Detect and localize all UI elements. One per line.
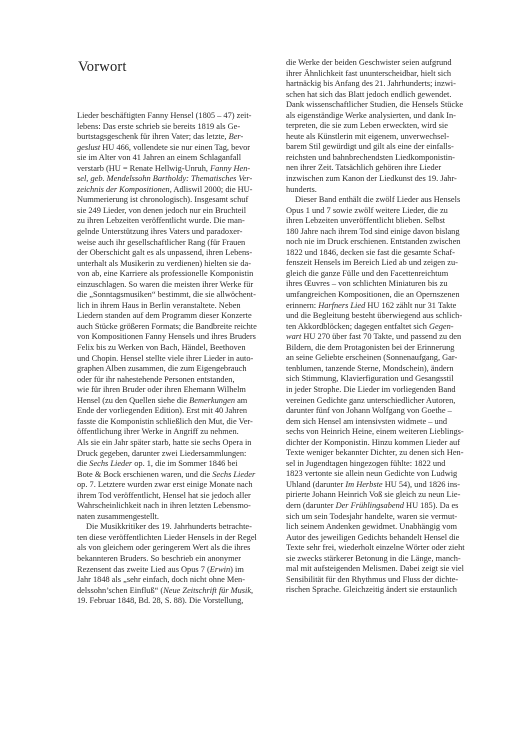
text-line: Jahr 1848 als „sehr einfach, doch nicht … <box>77 575 264 586</box>
text-line: unterhalt als Musikerin zu verdienen) hi… <box>77 259 264 270</box>
text-line: als eigenständige Werke analysierten, un… <box>286 111 473 122</box>
text-line: Uhland (darunter Im Herbste HU 54), und … <box>286 480 473 491</box>
text-line: dichter der Komponistin. Hinzu kommen Li… <box>286 438 473 449</box>
text-line: schen hat sich das Blatt jedoch endlich … <box>286 90 473 101</box>
text-line: naten zusammengestellt. <box>77 512 264 523</box>
text-line: lich in ihrem Haus in Berlin veranstalte… <box>77 301 264 312</box>
text-line: noch nie im Druck erschienen. Entstanden… <box>286 237 473 248</box>
text-line: erinnern: Harfners Lied HU 162 zählt nur… <box>286 301 473 312</box>
text-line: zu ihren Lebzeiten veröffentlicht wurde.… <box>77 216 264 227</box>
text-line: Lieder beschäftigten Fanny Hensel (1805 … <box>77 111 264 122</box>
text-line: an seine Geliebte erscheinen (Sonnenaufg… <box>286 353 473 364</box>
text-line: graphen Alben zusammen, die zum Eigengeb… <box>77 364 264 375</box>
text-line: die Werke der beiden Geschwister seien a… <box>286 58 473 69</box>
text-line: Bote & Bock erschienen waren, und die Se… <box>77 470 264 481</box>
text-line: ihres Œuvres – von schlichten Miniaturen… <box>286 279 473 290</box>
text-line: 180 Jahre nach ihrem Tod sind einige dav… <box>286 227 473 238</box>
text-line: sich um sein Todesjahr handelte, waren s… <box>286 512 473 523</box>
text-line: von Kompositionen Fanny Hensels und ihre… <box>77 332 264 343</box>
page-title: Vorwort <box>78 59 127 76</box>
text-line: als von gleichem oder geringerem Wert al… <box>77 543 264 554</box>
text-line: 1822 und 1846, decken sie fast die gesam… <box>286 248 473 259</box>
text-line: nen ihrer Zeit. Tatsächlich gehören ihre… <box>286 163 473 174</box>
text-line: lich seinem Andenken gewidmet. Unabhängi… <box>286 522 473 533</box>
text-line: Wahrscheinlichkeit nach in ihren letzten… <box>77 501 264 512</box>
text-line: Als sie ein Jahr später starb, hatte sie… <box>77 438 264 449</box>
text-line: hunderts. <box>286 185 473 196</box>
text-line: und Chopin. Hensel stellte viele ihrer L… <box>77 354 264 365</box>
text-line: der Oberschicht galt es als unpassend, i… <box>77 248 264 259</box>
text-line: pirierte Johann Heinrich Voß sie gleich … <box>286 490 473 501</box>
text-line: sie im Alter von 41 Jahren an einem Schl… <box>77 153 264 164</box>
text-line: wie für ihren Bruder oder ihren Ehemann … <box>77 385 264 396</box>
text-line: einzuschlagen. So waren die meisten ihre… <box>77 280 264 291</box>
text-line: ten diese veröffentlichten Lieder Hensel… <box>77 533 264 544</box>
text-line: fasste die Komponistin schließlich den M… <box>77 417 264 428</box>
text-line: terpreten, die sie zum Leben erweckten, … <box>286 121 473 132</box>
text-line: sel, geb. Mendelssohn Bartholdy: Themati… <box>77 174 264 185</box>
text-line: dem sich Hensel am intensivsten widmete … <box>286 417 473 428</box>
text-line: Bildern, die dem Protagonisten bei der E… <box>286 343 473 354</box>
text-line: wart HU 270 über fast 70 Takte, und pass… <box>286 332 473 343</box>
text-line: darunter fünf von Johann Wolfgang von Go… <box>286 406 473 417</box>
text-line: inzwischen zum Kanon der Liedkunst des 1… <box>286 174 473 185</box>
text-line: Druck gegeben, darunter zwei Liedersamml… <box>77 449 264 460</box>
text-line: Dank wissenschaftlicher Studien, die Hen… <box>286 100 473 111</box>
text-line: sich Stimmung, Klavierfiguration und Ges… <box>286 374 473 385</box>
text-line: ihrem Tod veröffentlicht, Hensel hat sie… <box>77 491 264 502</box>
text-line: öffentlichung ihrer Werke in Angriff zu … <box>77 427 264 438</box>
text-line: Rezensent das zweite Lied aus Opus 7 (Er… <box>77 565 264 576</box>
text-line: die Sechs Lieder op. 1, die im Sommer 18… <box>77 459 264 470</box>
text-line: Texte weniger bekannter Dichter, zu dene… <box>286 448 473 459</box>
text-line: Texte sehr frei, wiederholt einzelne Wör… <box>286 543 473 554</box>
text-line: delssohn’schen Einfluß“ (Neue Zeitschrif… <box>77 586 264 597</box>
text-line: burtstagsgeschenk für ihren Vater; das l… <box>77 132 264 143</box>
text-line: Nummerierung ist chronologisch). Insgesa… <box>77 195 264 206</box>
text-line: sel in Jugendtagen hingezogen fühlte: 18… <box>286 459 473 470</box>
text-line: Ende der vorliegenden Edition). Erst mit… <box>77 406 264 417</box>
text-line: op. 7. Letztere wurden zwar erst einige … <box>77 480 264 491</box>
text-line: geslust HU 466, vollendete sie nur einen… <box>77 143 264 154</box>
text-line: reichsten und bahnbrechendsten Liedkompo… <box>286 153 473 164</box>
text-line: 19. Februar 1848, Bd. 28, S. 88). Die Vo… <box>77 596 264 607</box>
right-text-column: die Werke der beiden Geschwister seien a… <box>286 58 473 596</box>
text-line: Liedern standen auf dem Programm dieser … <box>77 311 264 322</box>
text-line: gelnde Unterstützung ihres Vaters und pa… <box>77 227 264 238</box>
text-line: gleich die ganze Fülle und den Facettenr… <box>286 269 473 280</box>
text-line: in jeder Strophe. Die Lieder im vorliege… <box>286 385 473 396</box>
text-line: lebens: Das erste schrieb sie bereits 18… <box>77 122 264 133</box>
text-line: sie 249 Lieder, von denen jedoch nur ein… <box>77 206 264 217</box>
text-line: oder für ihr nahestehende Personen entst… <box>77 375 264 386</box>
text-line: Die Musikkritiker des 19. Jahrhunderts b… <box>77 522 264 533</box>
text-line: ihren Lebzeiten unveröffentlicht blieben… <box>286 216 473 227</box>
text-line: hartnäckig bis Anfang des 21. Jahrhunder… <box>286 79 473 90</box>
text-line: Opus 1 und 7 sowie zwölf weitere Lieder,… <box>286 206 473 217</box>
text-line: rischen Sprache. Gleichzeitig ändert sie… <box>286 585 473 596</box>
text-line: Dieser Band enthält die zwölf Lieder aus… <box>286 195 473 206</box>
text-line: auch Stücke größeren Formats; die Bandbr… <box>77 322 264 333</box>
text-line: bekannteren Bruders. So beschrieb ein an… <box>77 554 264 565</box>
text-line: Hensel (zu den Quellen siehe die Bemerku… <box>77 396 264 407</box>
text-line: und die Begleitung besteht überwiegend a… <box>286 311 473 322</box>
text-line: Sensibilität für den Rhythmus und Fluss … <box>286 575 473 586</box>
text-line: weise auch ihr gesellschaftlicher Rang (… <box>77 238 264 249</box>
text-line: fenszeit Hensels im Bereich Lied ab und … <box>286 258 473 269</box>
text-line: umfangreichen Kompositionen, die an Oper… <box>286 290 473 301</box>
text-line: heute als Künstlerin mit eigenem, unverw… <box>286 132 473 143</box>
text-line: zeichnis der Kompositionen, Adliswil 200… <box>77 185 264 196</box>
text-line: vereinen Gedichte ganz unterschiedlicher… <box>286 396 473 407</box>
text-line: ten Akkordblöcken; dagegen entfaltet sic… <box>286 322 473 333</box>
text-line: Felix bis zu Werken von Bach, Händel, Be… <box>77 343 264 354</box>
text-line: von ab, eine Karriere als professionelle… <box>77 269 264 280</box>
text-line: mal mit aufsteigenden Melismen. Dabei ze… <box>286 564 473 575</box>
text-line: 1823 vertonte sie allein neun Gedichte v… <box>286 469 473 480</box>
text-line: verstarb (HU = Renate Hellwig-Unruh, Fan… <box>77 164 264 175</box>
text-line: barem Stil gewürdigt und gilt als eine d… <box>286 142 473 153</box>
text-line: sie zwecks stärkerer Betonung in die Län… <box>286 554 473 565</box>
text-line: die „Sonntagsmusiken“ bestimmt, die sie … <box>77 290 264 301</box>
text-line: Autor des jeweiligen Gedichts behandelt … <box>286 533 473 544</box>
text-line: dern (darunter Der Frühlingsabend HU 185… <box>286 501 473 512</box>
text-line: tenblumen, tanzende Sterne, Mondschein),… <box>286 364 473 375</box>
left-text-column: Lieder beschäftigten Fanny Hensel (1805 … <box>77 111 264 607</box>
text-line: ihrer Ähnlichkeit fast ununterscheidbar,… <box>286 69 473 80</box>
text-line: sechs von Heinrich Heine, einem weiteren… <box>286 427 473 438</box>
